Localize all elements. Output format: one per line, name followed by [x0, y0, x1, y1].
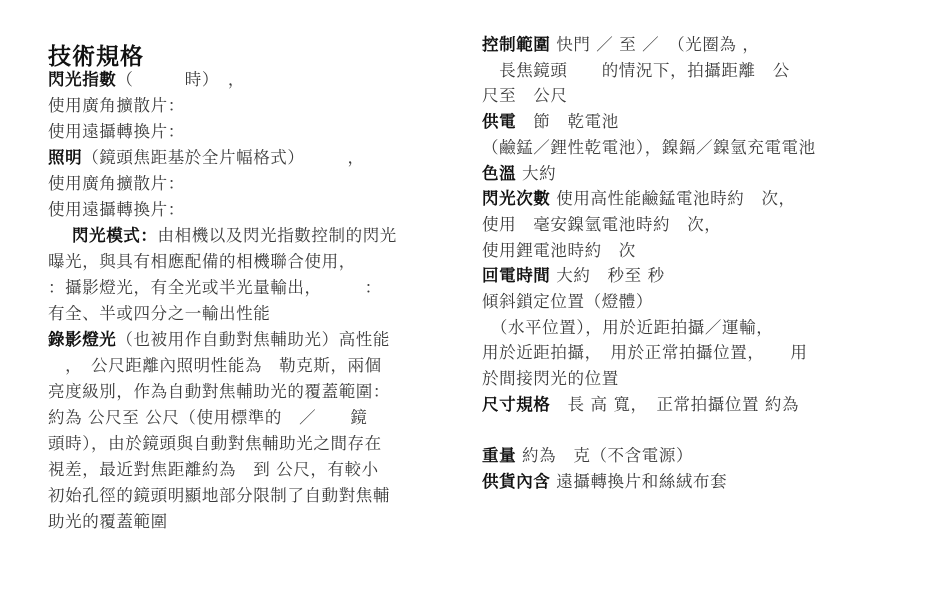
spec-value: 使用廣角擴散片： [48, 96, 185, 115]
spec-value: 長焦鏡頭 的情況下，拍攝距離 公 [482, 61, 790, 80]
spec-line: 長焦鏡頭 的情況下，拍攝距離 公 [482, 61, 790, 81]
spec-line: 回電時間 大約 秒至 秒 [482, 266, 665, 286]
spec-value: 使用遠攝轉換片： [48, 200, 185, 219]
spec-line: 供貨內含 遠攝轉換片和絲絨布套 [482, 472, 727, 492]
spec-line: 使用鋰電池時約 次 [482, 241, 636, 261]
spec-value: 使用高性能鹼錳電池時約 次， [550, 189, 795, 208]
spec-value: 大約 秒至 秒 [550, 266, 664, 285]
spec-label: 色溫 [482, 164, 516, 183]
spec-value: 使用 毫安鎳氫電池時約 次， [482, 215, 721, 234]
spec-line: （水平位置），用於近距拍攝／運輸， [482, 318, 773, 338]
spec-line: 尺寸規格 長 高 寬， 正常拍攝位置 約為 [482, 395, 799, 415]
spec-line: 傾斜鎖定位置（燈體） [482, 292, 653, 312]
spec-line: ：攝影燈光，有全光或半光量輸出， ： [48, 278, 382, 298]
spec-value: 有全、半或四分之一輸出性能 [48, 304, 270, 323]
spec-line: 控制範圍 快門 ／ 至 ／ （光圈為 ， [482, 35, 759, 55]
spec-value: 用於近距拍攝， 用於正常拍攝位置， 用 [482, 343, 808, 362]
spec-line: 於間接閃光的位置 [482, 369, 619, 389]
spec-line: 供電 節 乾電池 [482, 112, 619, 132]
spec-line: ， 公尺距離內照明性能為 勒克斯，兩個 [48, 356, 382, 376]
spec-value: （ 時） ， [116, 70, 245, 89]
spec-label: 回電時間 [482, 266, 550, 285]
spec-label: 供電 [482, 112, 516, 131]
spec-line: 視差，最近對焦距離約為 到 公尺，有較小 [48, 460, 379, 480]
spec-line: 錄影燈光（也被用作自動對焦輔助光）高性能 [48, 330, 390, 350]
spec-line: 閃光模式：由相機以及閃光指數控制的閃光 [48, 226, 397, 246]
spec-label: 供貨內含 [482, 472, 550, 491]
spec-line: 使用遠攝轉換片： [48, 122, 185, 142]
spec-line: 照明（鏡頭焦距基於全片幅格式） ， [48, 148, 365, 168]
spec-line: 用於近距拍攝， 用於正常拍攝位置， 用 [482, 343, 808, 363]
spec-value: 視差，最近對焦距離約為 到 公尺，有較小 [48, 460, 379, 479]
spec-value: 使用遠攝轉換片： [48, 122, 185, 141]
spec-value: （鹼錳／鋰性乾電池），鎳鎘／鎳氫充電電池 [482, 138, 816, 157]
spec-value: 約為 克（不含電源） [516, 446, 693, 465]
spec-value: （鏡頭焦距基於全片幅格式） ， [82, 148, 364, 167]
spec-label: 閃光模式： [72, 226, 158, 245]
spec-line: （鹼錳／鋰性乾電池），鎳鎘／鎳氫充電電池 [482, 138, 816, 158]
spec-line: 約為 公尺至 公尺（使用標準的 ／ 鏡 [48, 408, 368, 428]
spec-line: 使用遠攝轉換片： [48, 200, 185, 220]
spec-line: 尺至 公尺 [482, 86, 568, 106]
spec-line: 曝光，與具有相應配備的相機聯合使用， [48, 252, 356, 272]
spec-value: ：攝影燈光，有全光或半光量輸出， ： [48, 278, 382, 297]
spec-value: 遠攝轉換片和絲絨布套 [550, 472, 727, 491]
spec-value: 快門 ／ 至 ／ （光圈為 ， [550, 35, 759, 54]
spec-value: 於間接閃光的位置 [482, 369, 619, 388]
spec-value: 使用鋰電池時約 次 [482, 241, 636, 260]
spec-value: （也被用作自動對焦輔助光）高性能 [116, 330, 390, 349]
spec-line: 有全、半或四分之一輸出性能 [48, 304, 270, 324]
spec-value: 亮度級別，作為自動對焦輔助光的覆蓋範圍： [48, 382, 390, 401]
spec-line: 助光的覆蓋範圍 [48, 512, 168, 532]
spec-label: 錄影燈光 [48, 330, 116, 349]
spec-value: 尺至 公尺 [482, 86, 568, 105]
spec-value: 節 乾電池 [516, 112, 619, 131]
spec-value: 頭時），由於鏡頭與自動對焦輔助光之間存在 [48, 434, 382, 453]
spec-line: 亮度級別，作為自動對焦輔助光的覆蓋範圍： [48, 382, 390, 402]
spec-value: 長 高 寬， 正常拍攝位置 約為 [550, 395, 799, 414]
spec-label: 控制範圍 [482, 35, 550, 54]
spec-value: ， 公尺距離內照明性能為 勒克斯，兩個 [48, 356, 382, 375]
spec-label: 重量 [482, 446, 516, 465]
spec-label: 閃光次數 [482, 189, 550, 208]
page-title: 技術規格 [48, 38, 144, 71]
spec-value: 約為 公尺至 公尺（使用標準的 ／ 鏡 [48, 408, 368, 427]
spec-label: 尺寸規格 [482, 395, 550, 414]
spec-value: 曝光，與具有相應配備的相機聯合使用， [48, 252, 356, 271]
spec-line: 重量 約為 克（不含電源） [482, 446, 693, 466]
spec-value: 傾斜鎖定位置（燈體） [482, 292, 653, 311]
spec-line: 色溫 大約 [482, 164, 556, 184]
spec-value: （水平位置），用於近距拍攝／運輸， [482, 318, 773, 337]
spec-value: 初始孔徑的鏡頭明顯地部分限制了自動對焦輔 [48, 486, 390, 505]
spec-line: 使用 毫安鎳氫電池時約 次， [482, 215, 721, 235]
spec-line: 閃光指數（ 時） ， [48, 70, 245, 90]
spec-value: 由相機以及閃光指數控制的閃光 [158, 226, 397, 245]
spec-line: 使用廣角擴散片： [48, 96, 185, 116]
spec-line: 初始孔徑的鏡頭明顯地部分限制了自動對焦輔 [48, 486, 390, 506]
spec-value: 使用廣角擴散片： [48, 174, 185, 193]
spec-value: 助光的覆蓋範圍 [48, 512, 168, 531]
spec-line: 頭時），由於鏡頭與自動對焦輔助光之間存在 [48, 434, 382, 454]
spec-line: 閃光次數 使用高性能鹼錳電池時約 次， [482, 189, 796, 209]
spec-label: 照明 [48, 148, 82, 167]
spec-label: 閃光指數 [48, 70, 116, 89]
spec-line: 使用廣角擴散片： [48, 174, 185, 194]
spec-value: 大約 [516, 164, 556, 183]
